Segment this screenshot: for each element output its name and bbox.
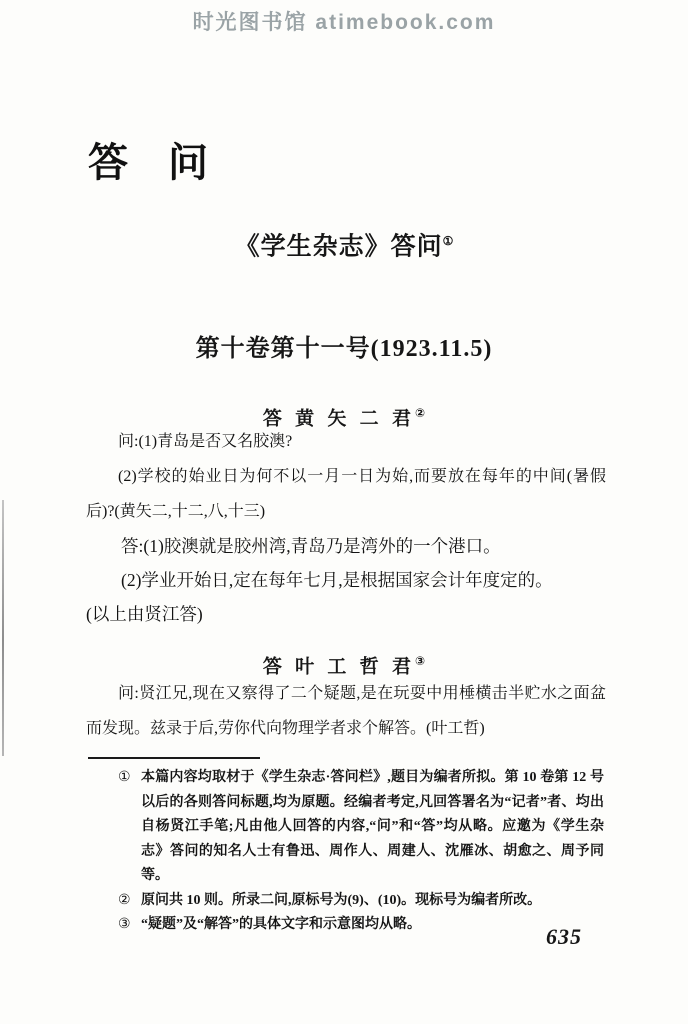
footnote-text: “疑题”及“解答”的具体文字和示意图均从略。 xyxy=(141,913,604,938)
answer-paragraph: (2)学业开始日,定在每年七月,是根据国家会计年度定的。 xyxy=(86,563,606,597)
section-heading-ye: 答 叶 工 哲 君③ xyxy=(0,650,688,678)
footnote-item: ① 本篇内容均取材于《学生杂志·答问栏》,题目为编者所拟。第 10 卷第 12 … xyxy=(118,766,604,889)
scan-artifact-line xyxy=(2,500,4,756)
footnote-marker: ② xyxy=(118,889,141,914)
footnote-item: ② 原问共 10 则。所录二问,原标号为(9)、(10)。现标号为编者所改。 xyxy=(118,889,604,914)
section-ye-body: 问:贤江兄,现在又察得了二个疑题,是在玩耍中用棰横击半贮水之面盆而发现。兹录于后… xyxy=(86,676,606,746)
article-footnote-ref: ① xyxy=(443,234,454,248)
answer-paragraph: 答:(1)胶澳就是胶州湾,青岛乃是湾外的一个港口。 xyxy=(86,529,606,563)
watermark-header: 时光图书馆 atimebook.com xyxy=(0,6,688,36)
footnote-marker: ③ xyxy=(118,913,141,938)
footnotes-block: ① 本篇内容均取材于《学生杂志·答问栏》,题目为编者所拟。第 10 卷第 12 … xyxy=(118,766,604,938)
issue-heading: 第十卷第十一号(1923.11.5) xyxy=(0,334,688,364)
question-paragraph: 问:(1)青岛是否又名胶澳? xyxy=(86,424,606,459)
footnote-text: 原问共 10 则。所录二问,原标号为(9)、(10)。现标号为编者所改。 xyxy=(141,889,604,914)
question-paragraph: 问:贤江兄,现在又察得了二个疑题,是在玩耍中用棰横击半贮水之面盆而发现。兹录于后… xyxy=(86,676,606,746)
answer-attribution: (以上由贤江答) xyxy=(86,597,606,631)
section-footnote-ref: ③ xyxy=(415,654,425,668)
footnote-text: 本篇内容均取材于《学生杂志·答问栏》,题目为编者所拟。第 10 卷第 12 号以… xyxy=(141,766,604,889)
question-paragraph: (2)学校的始业日为何不以一月一日为始,而要放在每年的中间(暑假后)?(黄矢二,… xyxy=(86,459,606,529)
article-title: 《学生杂志》答问① xyxy=(0,226,688,262)
section-footnote-ref: ② xyxy=(415,406,425,420)
chapter-title: 答 问 xyxy=(88,139,208,187)
article-title-text: 《学生杂志》答问 xyxy=(235,233,443,260)
section-huang-body: 问:(1)青岛是否又名胶澳? (2)学校的始业日为何不以一月一日为始,而要放在每… xyxy=(86,424,606,631)
footnote-item: ③ “疑题”及“解答”的具体文字和示意图均从略。 xyxy=(118,913,604,938)
page-number: 635 xyxy=(546,924,582,950)
section-heading-text: 答 叶 工 哲 君 xyxy=(263,656,415,677)
footnote-marker: ① xyxy=(118,766,141,791)
footnote-divider xyxy=(88,757,260,759)
scanned-book-page: 时光图书馆 atimebook.com 答 问 《学生杂志》答问① 第十卷第十一… xyxy=(0,0,688,1024)
